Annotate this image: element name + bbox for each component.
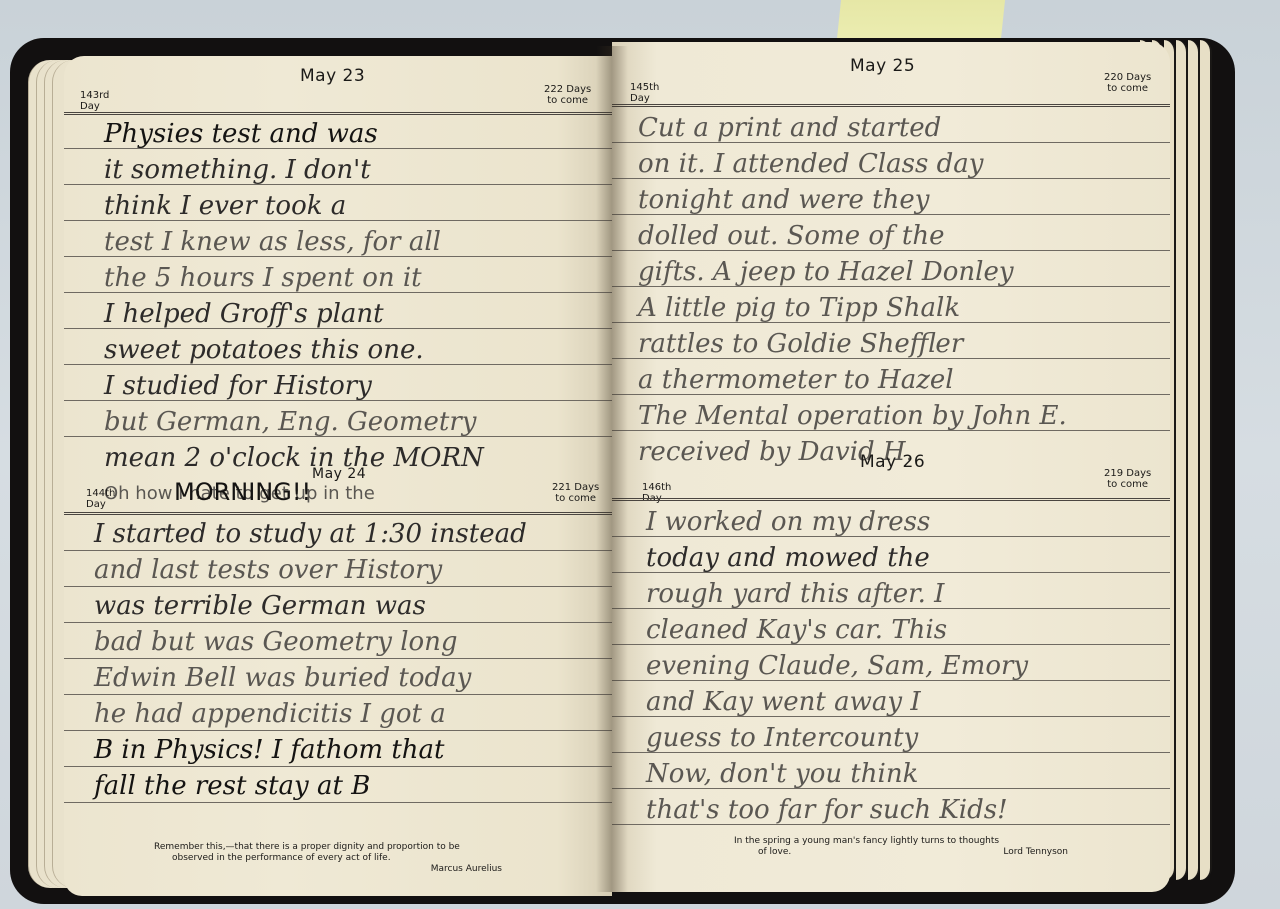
entry-handwriting-may-25: Cut a print and started on it. I attende… (638, 110, 1067, 470)
days-remaining: 219 Days to come (1104, 468, 1151, 490)
entry-handwriting-may-24: I started to study at 1:30 instead and l… (94, 516, 527, 804)
entry-date: May 26 (860, 452, 925, 472)
day-of-year: 145th Day (630, 82, 659, 104)
footer-quote: In the spring a young man's fancy lightl… (734, 836, 1074, 858)
entry-handwriting-may-24-heading: MORNING!! (174, 474, 311, 510)
footer-quote: Remember this,—that there is a proper di… (154, 842, 524, 875)
day-of-year: 144th Day (86, 488, 115, 510)
quote-author: Marcus Aurelius (154, 864, 524, 875)
days-remaining: 221 Days to come (552, 482, 599, 504)
entry-date: May 24 (312, 466, 366, 482)
days-remaining: 222 Days to come (544, 84, 591, 106)
days-remaining: 220 Days to come (1104, 72, 1151, 94)
entry-date: May 25 (850, 56, 915, 76)
entry-handwriting-may-23: Physies test and was it something. I don… (104, 116, 484, 512)
day-of-year: 143rd Day (80, 90, 109, 112)
left-page: May 23 143rd Day 222 Days to come Physie… (64, 56, 612, 896)
entry-date: May 23 (300, 66, 365, 86)
entry-handwriting-may-26: I worked on my dress today and mowed the… (646, 504, 1028, 828)
right-page: May 25 145th Day 220 Days to come Cut a … (612, 42, 1170, 892)
quote-author: Lord Tennyson (1003, 847, 1068, 858)
book-gutter (596, 46, 628, 892)
